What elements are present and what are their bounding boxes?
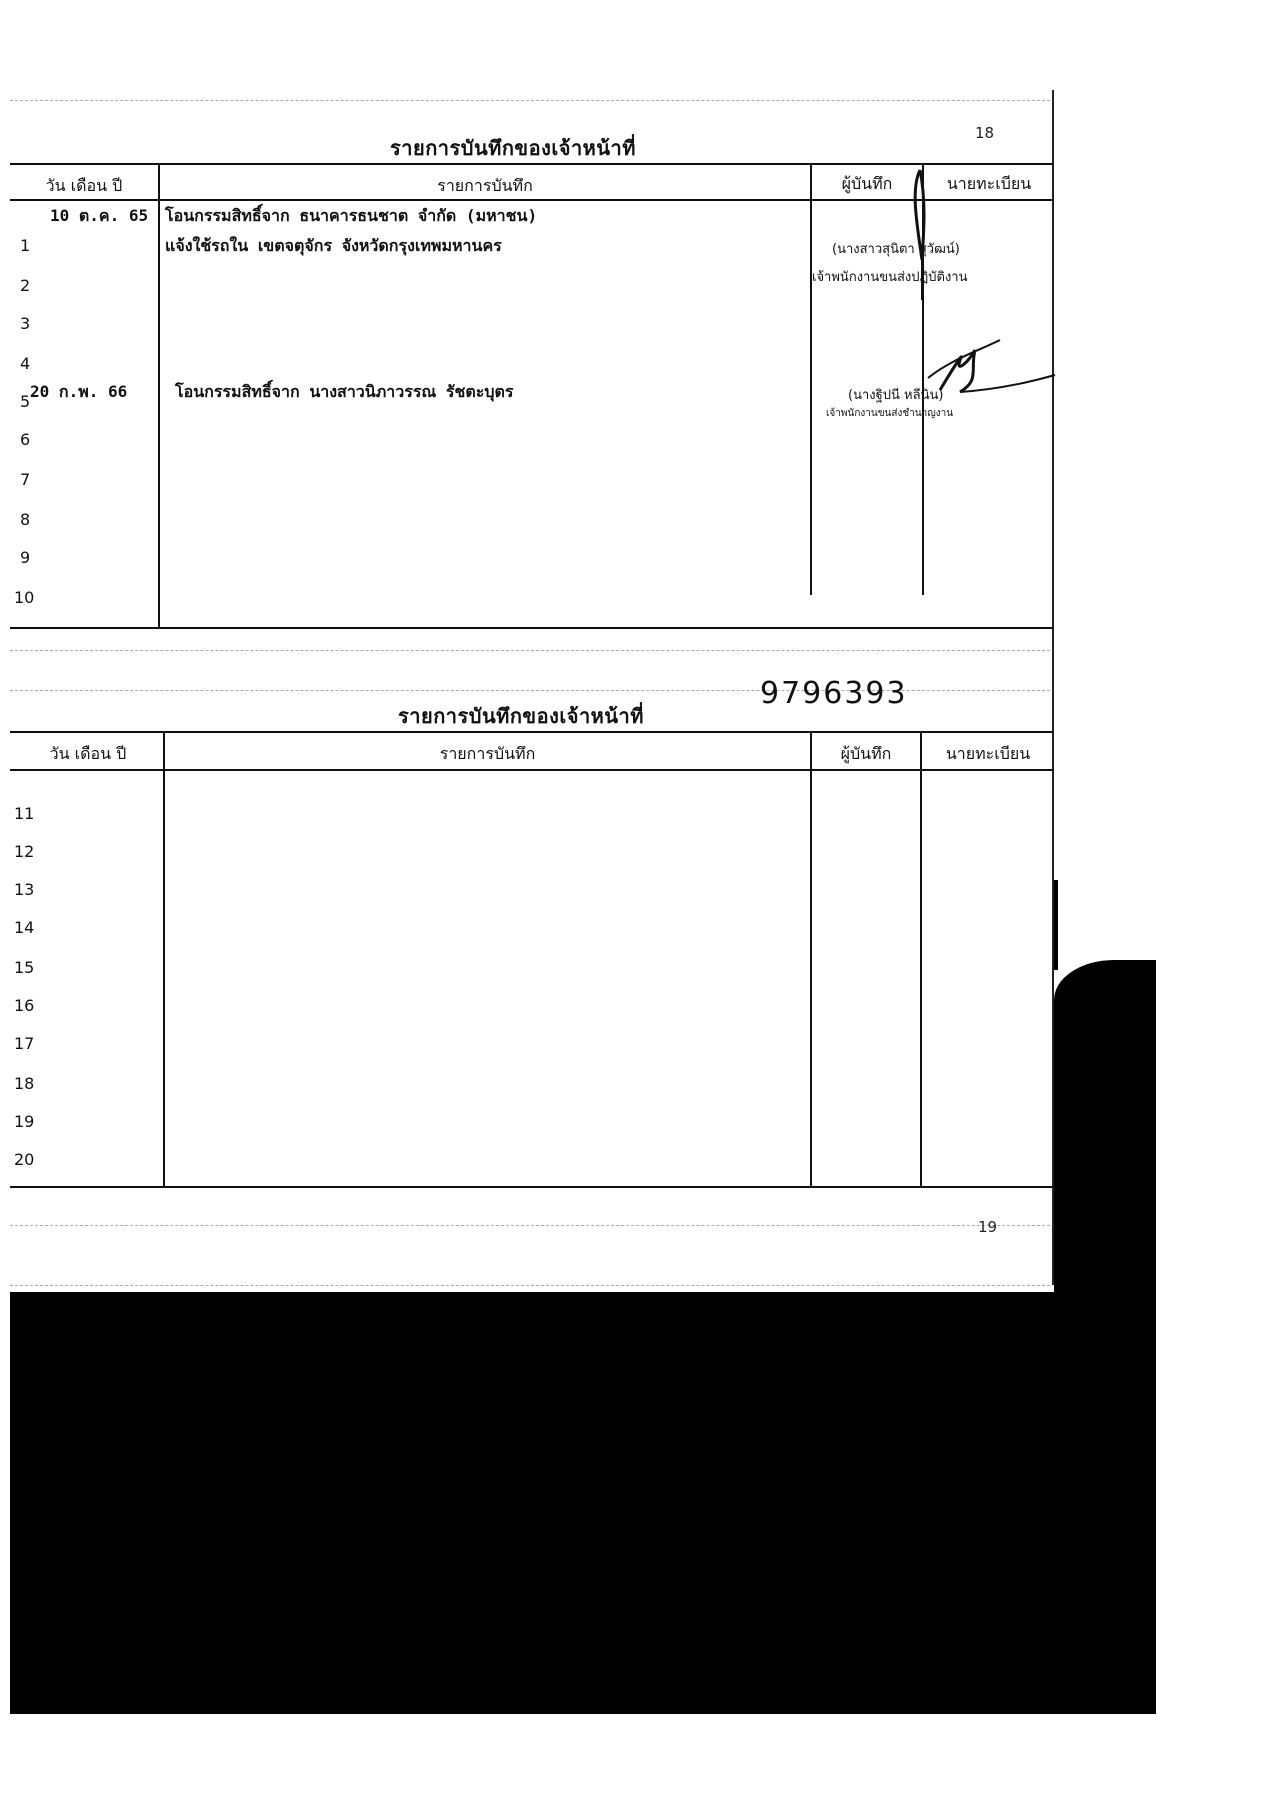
entry-text: โอนกรรมสิทธิ์จาก ธนาคารธนชาต จำกัด (มหาช… (165, 204, 537, 229)
column-divider (158, 165, 160, 627)
entry-text: โอนกรรมสิทธิ์จาก นางสาวนิภาวรรณ รัชตะบุต… (175, 380, 513, 405)
row-number: 3 (20, 314, 30, 333)
row-number: 13 (14, 880, 34, 899)
row-number: 10 (14, 588, 34, 607)
row-number: 6 (20, 430, 30, 449)
row-number: 2 (20, 276, 30, 295)
header-record: รายการบันทึก (165, 742, 810, 767)
table-top-border (10, 731, 1054, 733)
entry-date: 20 ก.พ. 66 (30, 380, 127, 405)
header-date: วัน เดือน ปี (14, 174, 154, 199)
row-number: 1 (20, 236, 30, 255)
page-number: 19 (978, 1218, 997, 1236)
row-number: 8 (20, 510, 30, 529)
row-number: 14 (14, 918, 34, 937)
column-divider (920, 733, 922, 1186)
header-date: วัน เดือน ปี (14, 742, 162, 767)
scan-shadow-flap (1054, 960, 1156, 1300)
scan-noise (10, 1225, 1050, 1227)
header-bottom-border (10, 199, 1054, 201)
signature-icon (900, 160, 1060, 420)
table-top-border (10, 163, 1054, 165)
header-registrar: นายทะเบียน (922, 742, 1054, 767)
scan-shadow (1054, 880, 1058, 970)
column-divider (810, 733, 812, 1186)
column-divider (810, 165, 812, 595)
row-number: 9 (20, 548, 30, 567)
header-record: รายการบันทึก (160, 174, 810, 199)
entry-text: แจ้งใช้รถใน เขตจตุจักร จังหวัดกรุงเทพมหา… (165, 234, 502, 259)
row-number: 11 (14, 804, 34, 823)
entry-date: 10 ต.ค. 65 (50, 204, 148, 229)
section-title: รายการบันทึกของเจ้าหน้าที่ (390, 132, 636, 164)
row-number: 15 (14, 958, 34, 977)
scan-noise (10, 1285, 1050, 1287)
row-number: 19 (14, 1112, 34, 1131)
row-number: 12 (14, 842, 34, 861)
row-number: 20 (14, 1150, 34, 1169)
section-title: รายการบันทึกของเจ้าหน้าที่ (398, 700, 644, 732)
row-number: 4 (20, 354, 30, 373)
scan-noise (10, 100, 1050, 102)
scan-noise (10, 650, 1050, 652)
page-number: 18 (975, 124, 994, 142)
column-divider (163, 733, 165, 1186)
scan-black-area (10, 1292, 1156, 1714)
row-number: 17 (14, 1034, 34, 1053)
row-number: 18 (14, 1074, 34, 1093)
header-recorder: ผู้บันทึก (812, 742, 920, 767)
stamp-number: 9796393 (760, 676, 908, 711)
table-bottom-border (10, 1186, 1054, 1188)
table-bottom-border (10, 627, 1054, 629)
row-number: 7 (20, 470, 30, 489)
row-number: 16 (14, 996, 34, 1015)
header-bottom-border (10, 769, 1054, 771)
row-number: 5 (20, 392, 30, 411)
